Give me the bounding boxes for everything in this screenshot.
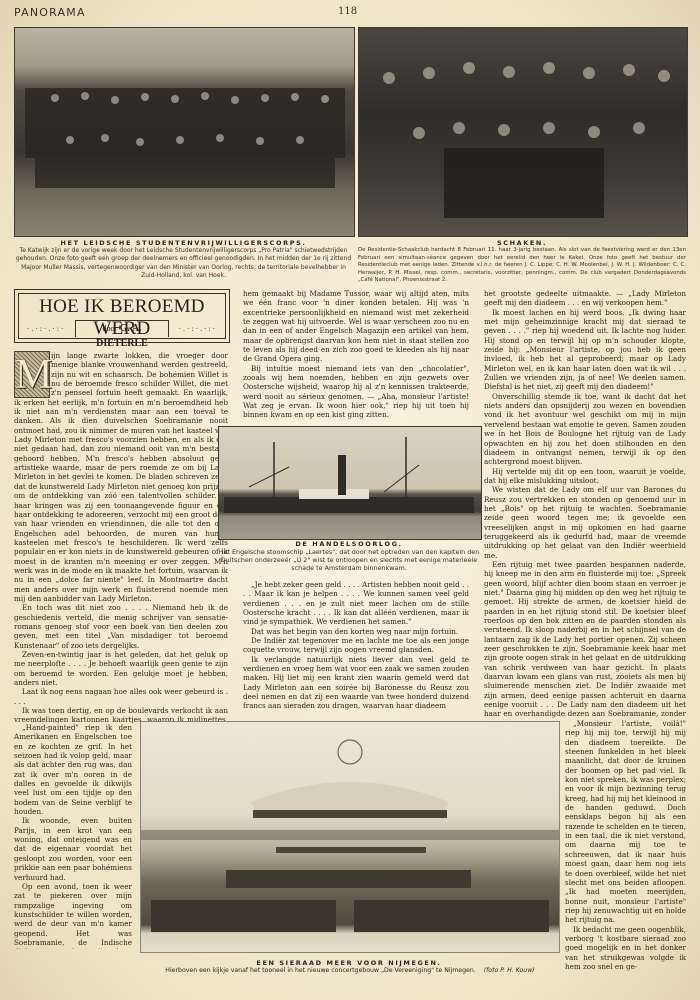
paragraph: Ik verlangde natuurlijk niets liever dan… <box>243 655 469 710</box>
article-column-1a: ijn lange zwarte lokken, die vroeger doo… <box>14 351 228 723</box>
paragraph: „Monsieur l'artiste, voilà!" riep hij mi… <box>565 719 686 925</box>
ornament-dots-left: ·.·:·.·:· <box>27 325 65 333</box>
caption-title-schaken: SCHAKEN. <box>358 239 686 247</box>
photo-studentencorps <box>14 27 355 237</box>
caption-title-nijmegen: EEN SIERAAD MEER VOOR NIJMEGEN. <box>140 959 558 967</box>
masthead: PANORAMA <box>14 6 86 19</box>
paragraph: hem gemaakt bij Madame Tussor, waar wij … <box>243 289 469 364</box>
ornament-dots-right: ·.·:·.·:· <box>179 325 217 333</box>
photo-nijmegen-concertgebouw <box>140 721 560 953</box>
paragraph: Op een avond, toen ik weer zat te pieker… <box>14 882 132 949</box>
paragraph: Laat ik nog eens nagaan hoe alles ook we… <box>14 687 228 706</box>
paragraph: De Indiër zat tegenover me en lachte me … <box>243 636 469 655</box>
article-column-3b: „Monsieur l'artiste, voilà!" riep hij mi… <box>565 719 686 989</box>
article-column-2-bottom: „Je hebt zeker geen geld . . . . Artiste… <box>243 580 469 710</box>
paragraph: Bij intuïtie moest niemand iets van den … <box>243 364 469 420</box>
caption-schaken: De Residentie-Schaakclub herdacht 8 Febr… <box>358 247 686 285</box>
chess-club-image <box>359 28 687 236</box>
caption-nijmegen-row: Hierboven een kijkje vanaf het tooneel i… <box>130 967 570 974</box>
paragraph: Zeven-en-twintig jaar is het geleden, da… <box>14 650 228 687</box>
article-column-2-top: hem gemaakt bij Madame Tussor, waar wij … <box>243 289 469 424</box>
paragraph: „Je hebt zeker geen geld . . . . Artiste… <box>243 580 469 627</box>
byline-prefix: door <box>102 324 117 333</box>
photo-handelsoorlog <box>218 426 482 540</box>
paragraph: Onverschillig stemde ik toe, want ik dac… <box>484 392 686 467</box>
paragraph: „Hand-painted" riep ik den Amerikanen en… <box>14 723 132 816</box>
caption-title-studentencorps: HET LEIDSCHE STUDENTENVRIJWILLIGERSCORPS… <box>14 239 353 247</box>
article-byline: door G. A. DIETERLE <box>75 320 169 337</box>
paragraph: Dat was het begin van den korten weg naa… <box>243 627 469 636</box>
paragraph: Ik moest lachen en hij werd boos. „Ik dw… <box>484 308 686 392</box>
group-of-soldiers-image <box>15 28 354 236</box>
paragraph: Ik woonde, even buiten Parijs, in een kr… <box>14 816 132 881</box>
caption-handelsoorlog: Het Engelsche stoomschip „Laertes", dat … <box>215 548 483 573</box>
paragraph: Hij vertelde mij dit op een toon, waarui… <box>484 467 686 486</box>
article-column-3: het grootste gedeelte uitmaakte. — „Lady… <box>484 289 686 719</box>
caption-studentencorps: Te Katwijk zijn er de vorige week door h… <box>14 247 353 281</box>
article-title-box: HOE IK BEROEMD WERD ·.·:·.·:· door G. A.… <box>14 289 230 343</box>
paragraph: het grootste gedeelte uitmaakte. — „Lady… <box>484 289 686 308</box>
photo-credit: (foto P. H. Kouw) <box>484 967 535 974</box>
paragraph: We wisten dat de Lady om elf uur van Bar… <box>484 485 686 560</box>
page-number: 118 <box>338 6 357 17</box>
concert-hall-image <box>141 722 559 952</box>
paragraph: Ik bedacht me geen oogenblik, verborg 't… <box>565 925 686 972</box>
caption-title-handelsoorlog: DE HANDELSOORLOG. <box>218 540 480 548</box>
article-column-1b: „Hand-painted" riep ik den Amerikanen en… <box>14 723 132 949</box>
paragraph: Een rijtuig met twee paarden bespannen n… <box>484 560 686 719</box>
photo-schaken <box>358 27 688 237</box>
steamship-image <box>219 427 481 539</box>
paragraph: En toch was dit niet zoo . . . . Niemand… <box>14 603 228 650</box>
dropcap-spacer <box>14 351 51 397</box>
caption-nijmegen: Hierboven een kijkje vanaf het tooneel i… <box>165 967 475 974</box>
